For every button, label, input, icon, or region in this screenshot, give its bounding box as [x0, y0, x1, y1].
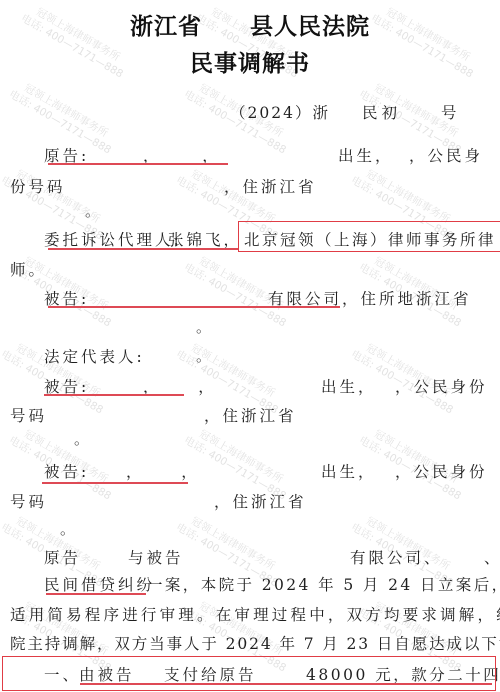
- plaintiff-birth: 出生，: [338, 144, 394, 166]
- court-title: 浙江省县人民法院: [0, 8, 500, 41]
- defendant-2-label: 被告:: [44, 460, 89, 482]
- clause-1-highlight-box: [2, 656, 496, 691]
- defendant-1-residence: ，住浙江省: [204, 404, 297, 426]
- plaintiff-id-prefix: ，公民身: [409, 144, 483, 166]
- court-name: 县人民法院: [250, 13, 370, 40]
- plaintiff-id-cont: 份号码: [10, 175, 66, 197]
- defendant-1-underline: [44, 394, 184, 396]
- defendant-1-id-cont: 号码: [10, 404, 47, 426]
- defendant-2-id-prefix: ，公民身份: [395, 460, 488, 482]
- body-vs-defendant: 与被告: [128, 546, 184, 568]
- dispute-underline: [46, 593, 146, 595]
- body-plaintiff: 原告: [44, 546, 81, 568]
- defendant-1-id-prefix: ，公民身份: [395, 375, 488, 397]
- plaintiff-end: 。: [85, 200, 100, 221]
- defendant-2-birth: 出生，: [321, 460, 377, 482]
- court-province: 浙江省: [130, 13, 202, 40]
- agent-firm-cont: 师。: [10, 258, 47, 280]
- document-type-title: 民事调解书: [0, 45, 500, 78]
- mediation-document-page: 冠领上海律师事务所电话: 400—7171—888 冠领上海律师事务所电话: 4…: [0, 0, 500, 692]
- body-line3: 适用简易程序进行审理。在审理过程中，双方均要求调解，经本: [10, 603, 500, 625]
- defendant-2-id-cont: 号码: [10, 490, 47, 512]
- body-dispute-type: 民间借贷纠纷: [44, 573, 155, 595]
- legal-rep-label: 法定代表人:: [44, 345, 145, 367]
- defendant-2-underline: [42, 482, 188, 484]
- defendant-1-birth: 出生，: [321, 375, 377, 397]
- agent-name: 张锦飞，: [168, 228, 242, 250]
- clause-1-underline: [80, 683, 492, 685]
- defendant-2-end: 。: [60, 518, 75, 539]
- body-company: 有限公司、: [350, 546, 443, 568]
- body-sep: 、: [484, 546, 500, 568]
- agent-firm-highlight-box: [238, 221, 500, 252]
- body-line4: 院主持调解，双方当事人于 2024 年 7 月 23 日自愿达成以下协议:: [10, 632, 500, 654]
- defendant-company-end: 。: [196, 316, 211, 337]
- plaintiff-underline: [48, 163, 228, 165]
- body-line2: 一案，本院于 2024 年 5 月 24 日立案后，依法: [147, 573, 500, 595]
- case-number-end: 号: [441, 101, 460, 123]
- defendant-company-underline: [48, 306, 340, 308]
- plaintiff-residence: ，住浙江省: [224, 175, 317, 197]
- defendant-2-residence: ，住浙江省: [214, 490, 307, 512]
- case-number-year: （2024）浙: [230, 101, 330, 123]
- agent-underline: [48, 248, 238, 250]
- defendant-1-end: 。: [74, 428, 89, 449]
- agent-label: 委托诉讼代理人:: [44, 228, 182, 250]
- legal-rep-end: 。: [196, 345, 211, 366]
- defendant-2-commas: ， ，: [126, 460, 213, 482]
- case-number-mid: 民初: [362, 101, 401, 123]
